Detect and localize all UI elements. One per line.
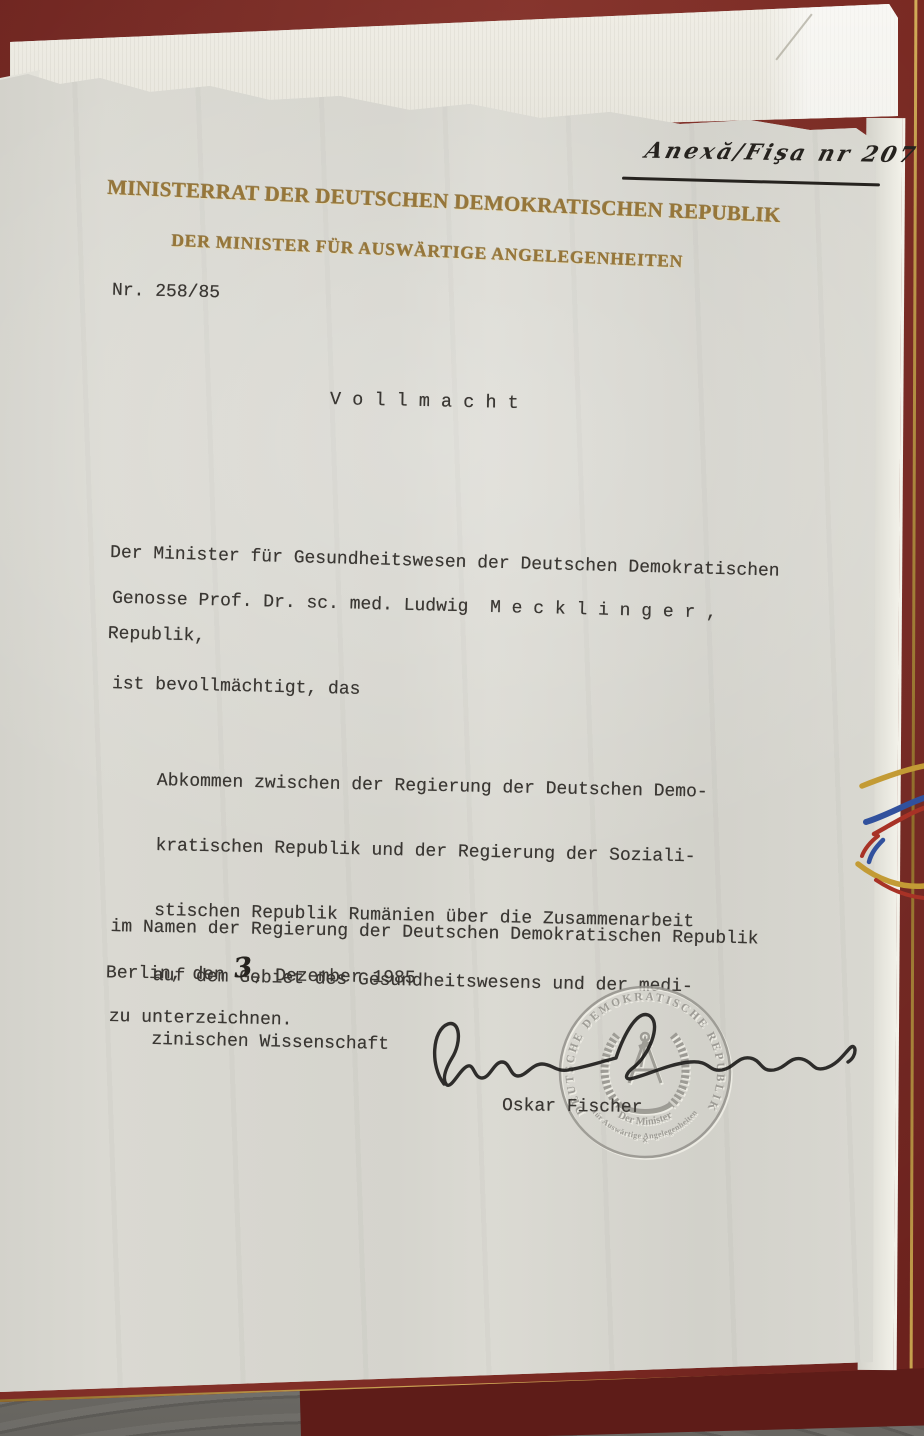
document-title: V o l l m a c h t bbox=[330, 386, 519, 417]
signature-stroke bbox=[435, 1015, 855, 1086]
photo-stage: Anexă/Fişa nr 207 MINISTERRAT DER DEUTSC… bbox=[0, 0, 924, 1436]
date-suffix: , Dezember 1985 bbox=[253, 966, 415, 989]
paragraph-line: im Namen der Regierung der Deutschen Dem… bbox=[110, 912, 759, 954]
handwritten-day: 3 bbox=[232, 954, 254, 983]
signatory-name: Oskar Fischer bbox=[502, 1093, 643, 1122]
date-line: Berlin, den3, Dezember 1985 bbox=[106, 955, 416, 992]
paragraph-line: Republik, bbox=[107, 621, 777, 667]
letterhead-line1: MINISTERRAT DER DEUTSCHEN DEMOKRATISCHEN… bbox=[107, 175, 781, 228]
letterhead-line2: DER MINISTER FÜR AUSWÄRTIGE ANGELEGENHEI… bbox=[171, 230, 684, 272]
paragraph-line: Der Minister für Gesundheitswesen der De… bbox=[110, 540, 780, 586]
date-prefix: Berlin, den bbox=[106, 963, 225, 985]
annotation-underline bbox=[622, 177, 880, 186]
paragraph-authorized: ist bevollmächtigt, das bbox=[112, 671, 361, 704]
document-content: Anexă/Fişa nr 207 MINISTERRAT DER DEUTSC… bbox=[0, 0, 924, 1436]
handwritten-annotation: Anexă/Fişa nr 207 bbox=[642, 138, 921, 169]
reference-number: Nr. 258/85 bbox=[112, 278, 221, 308]
signature-ink bbox=[424, 1004, 869, 1109]
agreement-line: Abkommen zwischen der Regierung der Deut… bbox=[157, 771, 708, 804]
